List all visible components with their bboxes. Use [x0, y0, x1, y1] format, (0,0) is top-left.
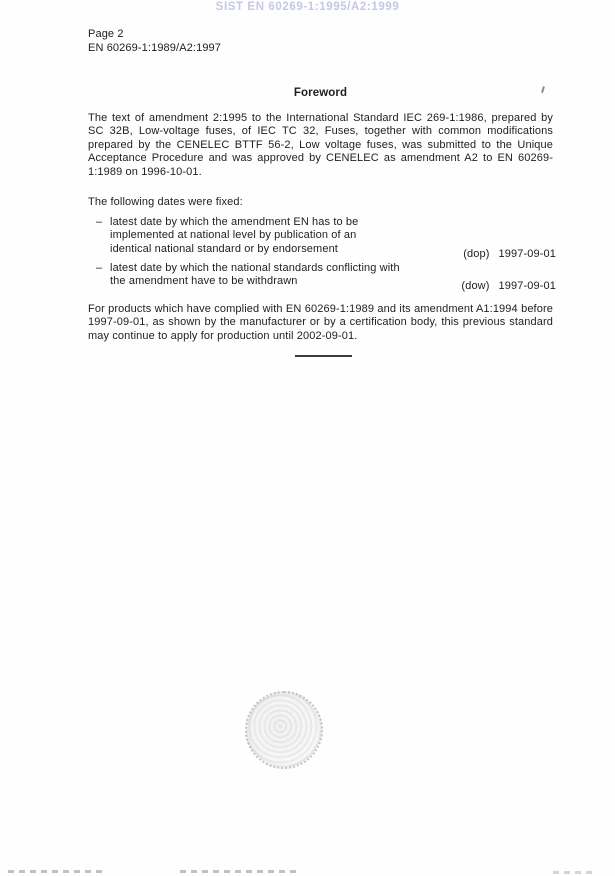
- date-text: 1997-09-01: [499, 280, 556, 292]
- date-value-dow: (dow)1997-09-01: [461, 280, 556, 293]
- dash-bullet: –: [96, 262, 102, 275]
- scan-artifact-bottom: [8, 870, 105, 873]
- dash-bullet: –: [96, 216, 102, 229]
- date-item-dop: – latest date by which the amendment EN …: [88, 216, 553, 256]
- date-label: (dop): [463, 248, 489, 260]
- watermark-header: SIST EN 60269-1:1995/A2:1999: [0, 1, 615, 14]
- date-item-dow: – latest date by which the national stan…: [88, 262, 553, 289]
- section-divider: [295, 355, 352, 357]
- foreword-heading: Foreword: [88, 87, 553, 100]
- date-text: 1997-09-01: [499, 248, 556, 260]
- date-item-description: latest date by which the amendment EN ha…: [110, 216, 378, 256]
- date-label: (dow): [461, 280, 489, 292]
- stamp-seal-icon: [245, 691, 323, 769]
- dates-intro-text: The following dates were fixed:: [88, 196, 553, 209]
- date-item-description: latest date by which the national standa…: [110, 262, 406, 289]
- paragraph-transition-period: For products which have complied with EN…: [88, 303, 553, 343]
- scan-artifact-bottom: [553, 871, 592, 874]
- date-value-dop: (dop)1997-09-01: [463, 248, 556, 261]
- page-header: Page 2 EN 60269-1:1989/A2:1997: [88, 27, 221, 55]
- paragraph-amendment-text: The text of amendment 2:1995 to the Inte…: [88, 112, 553, 179]
- scan-artifact-bottom: [180, 870, 300, 873]
- document-reference: EN 60269-1:1989/A2:1997: [88, 41, 221, 55]
- document-page: SIST EN 60269-1:1995/A2:1999 Page 2 EN 6…: [0, 0, 615, 876]
- page-number: Page 2: [88, 27, 221, 41]
